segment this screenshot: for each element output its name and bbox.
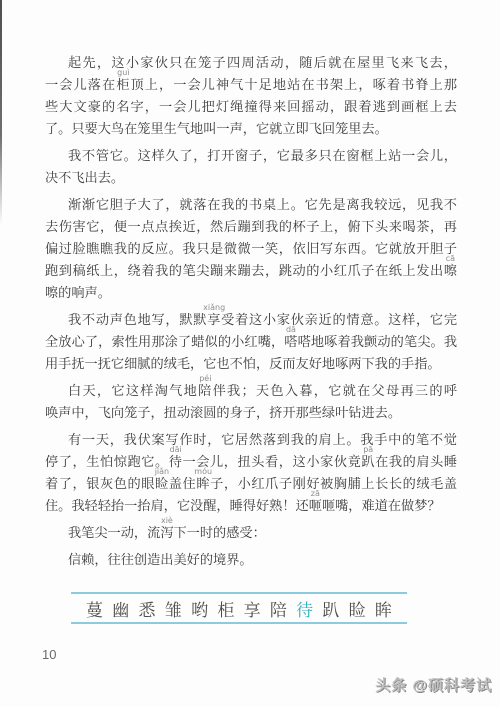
- page-number: 10: [42, 647, 56, 662]
- lesson-body-text: 起先，这小家伙只在笼子四周活动，随后就在屋里飞来飞去，一会儿落在柜guì顶上，一…: [45, 52, 457, 576]
- text-line: 一会儿落在柜guì顶上，一会儿神气十足地站在书架上，啄着书脊上那: [45, 74, 457, 96]
- paragraph: 渐渐它胆子大了，就落在我的书桌上。它先是离我较远，见我不去伤害它，便一点点挨近，…: [45, 194, 457, 304]
- text-line: 信赖，往往创造出美好的境界。: [45, 549, 457, 571]
- paragraph: 白天，它这样淘气地陪péi伴我；天色入暮，它就在父母再三的呼唤声中，飞向笼子，扭…: [45, 380, 457, 424]
- paragraph: 信赖，往往创造出美好的境界。: [45, 549, 457, 571]
- new-characters-row: 蔓幽悉雏哟柜享陪待趴睑眸: [71, 596, 407, 621]
- pinyin-label: dā: [286, 326, 296, 334]
- pinyin-annotated-char: 享xiǎng: [207, 312, 221, 327]
- pinyin-label: pā: [363, 446, 373, 454]
- pinyin-label: péi: [199, 375, 211, 383]
- text-line: 用手抚一抚它细腻的绒毛，它也不怕，反而友好地啄两下我的手指。: [45, 353, 457, 375]
- paragraph: 有一天，我伏案写作时，它居然落到我的肩上。我手中的笔不觉停了，生怕惊跑它。待dā…: [45, 429, 457, 517]
- paragraph: 起先，这小家伙只在笼子四周活动，随后就在屋里飞来飞去，一会儿落在柜guì顶上，一…: [45, 52, 457, 140]
- pinyin-annotated-char: 柜guì: [116, 77, 130, 92]
- pinyin-annotated-char: 趴pā: [361, 454, 375, 469]
- new-character: 蔓: [86, 596, 103, 621]
- text-line: 去伤害它，便一点点挨近，然后蹦到我的杯子上，俯下头来喝茶，再: [45, 216, 457, 238]
- paragraph: 我不管它。这样久了，打开窗子，它最多只在窗框上站一会儿，决不飞出去。: [45, 145, 457, 189]
- pinyin-label: zā: [311, 490, 320, 498]
- text-line: 白天，它这样淘气地陪péi伴我；天色入暮，它就在父母再三的呼: [45, 380, 457, 402]
- text-line: 停了，生怕惊跑它。待dāi一会儿，扭头看，这小家伙竟趴pā在我的肩头睡: [45, 451, 457, 473]
- pinyin-label: xiè: [161, 517, 173, 525]
- text-line: 着了，银灰色的眼睑jiǎn盖住眸móu子，小红爪子刚好被胸脯上长长的绒毛盖: [45, 473, 457, 495]
- text-line: 全放心了，索性用那涂了蜡似的小红嘴，嗒dā嗒地啄着我颤动的笔尖。我: [45, 331, 457, 353]
- scan-edge-line: [0, 0, 2, 225]
- text-line: 有一天，我伏案写作时，它居然落到我的肩上。我手中的笔不觉: [45, 429, 457, 451]
- pinyin-label: dāi: [170, 446, 182, 454]
- new-character: 待: [296, 596, 313, 621]
- new-character: 眸: [375, 596, 392, 621]
- text-line: 跑到稿纸上，绕着我的笔尖蹦来蹦去，跳动的小红爪子在纸上发出嚓cā: [45, 260, 457, 282]
- new-character: 柜: [217, 596, 234, 621]
- pinyin-annotated-char: 待dāi: [169, 454, 183, 469]
- text-line: 我不动声色地写，默默享xiǎng受着这小家伙亲近的情意。这样，它完: [45, 309, 457, 331]
- text-line: 偏过脸瞧瞧我的反应。我只是微微一笑，依旧写东西。它就放开胆子: [45, 238, 457, 260]
- watermark-text: 头条 @硕科考试: [375, 674, 492, 695]
- text-line: 我不管它。这样久了，打开窗子，它最多只在窗框上站一会儿，: [45, 145, 457, 167]
- new-character: 哟: [191, 596, 208, 621]
- text-line: 了。只要大鸟在笼里生气地叫一声，它就立即飞回笼里去。: [45, 118, 457, 140]
- text-line: 些大文豪的名字，一会儿把灯绳撞得来回摇动，跟着逃到画框上去: [45, 96, 457, 118]
- text-line: 唤声中，飞向笼子，扭动滚圆的身子，挤开那些绿叶钻进去。: [45, 402, 457, 424]
- new-character: 悉: [139, 596, 156, 621]
- text-line: 住。我轻轻抬一抬肩，它没醒，睡得好熟！还咂zā咂嘴，难道在做梦？: [45, 495, 457, 517]
- pinyin-annotated-char: 眸móu: [196, 476, 210, 491]
- pinyin-annotated-char: 咂zā: [309, 498, 322, 513]
- text-line: 决不飞出去。: [45, 167, 457, 189]
- textbook-page: 起先，这小家伙只在笼子四周活动，随后就在屋里飞来飞去，一会儿落在柜guì顶上，一…: [0, 0, 500, 707]
- new-character: 睑: [349, 596, 366, 621]
- pinyin-label: jiǎn: [155, 468, 169, 476]
- text-line: 我笔尖一动，流泻xiè下一时的感受：: [45, 522, 457, 544]
- paragraph: 我笔尖一动，流泻xiè下一时的感受：: [45, 522, 457, 544]
- pinyin-annotated-char: 嗒dā: [284, 334, 297, 349]
- new-character: 趴: [322, 596, 339, 621]
- text-line: 渐渐它胆子大了，就落在我的书桌上。它先是离我较远，见我不: [45, 194, 457, 216]
- paragraph: 我不动声色地写，默默享xiǎng受着这小家伙亲近的情意。这样，它完全放心了，索性…: [45, 309, 457, 375]
- pinyin-annotated-char: 嚓cā: [444, 263, 457, 278]
- pinyin-label: móu: [194, 468, 212, 476]
- new-character: 雏: [165, 596, 182, 621]
- new-character: 幽: [112, 596, 129, 621]
- pinyin-label: xiǎng: [203, 304, 225, 312]
- new-character: 陪: [270, 596, 287, 621]
- new-characters-box: 蔓幽悉雏哟柜享陪待趴睑眸: [71, 592, 407, 624]
- new-character: 享: [244, 596, 261, 621]
- pinyin-annotated-char: 睑jiǎn: [155, 476, 169, 491]
- pinyin-label: cā: [446, 255, 455, 263]
- pinyin-annotated-char: 陪péi: [198, 383, 212, 398]
- text-line: 嚓的响声。: [45, 282, 457, 304]
- pinyin-annotated-char: 泻xiè: [160, 525, 173, 540]
- pinyin-label: guì: [117, 69, 129, 77]
- text-line: 起先，这小家伙只在笼子四周活动，随后就在屋里飞来飞去，: [45, 52, 457, 74]
